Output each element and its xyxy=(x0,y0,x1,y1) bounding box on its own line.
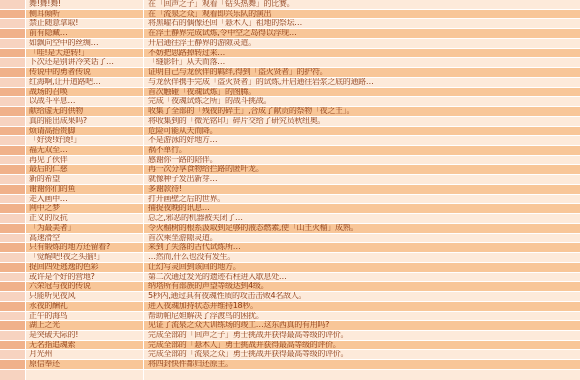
achievement-row: 如飘向空中的丝绸…开启通往浮土静界的游隙灵道。 xyxy=(0,39,580,49)
row-margin-cell[interactable] xyxy=(0,331,26,340)
row-margin-cell[interactable] xyxy=(0,234,26,243)
achievements-table: 舞!舞!舞!在「回声之子」观看「钻头热舞」的比赛。侧耳倾听在「流泉之众」观看即兴… xyxy=(0,0,580,380)
achievement-desc-cell[interactable] xyxy=(144,370,580,380)
achievement-name-cell[interactable]: 只有锻炼的地方还留着? xyxy=(26,243,144,252)
row-margin-cell[interactable] xyxy=(0,58,26,67)
achievement-row: 最后的仁慈再一次分享食物给拦路的匿叶龙。 xyxy=(0,165,580,175)
achievement-name-cell[interactable]: 六荣冠与夜的传说 xyxy=(26,282,144,291)
achievement-row: 红海啊,让开道路吧…与龙伙伴携手完成「盗火贤者」的试炼,开启通往岩浆之底的通路… xyxy=(0,78,580,88)
achievement-name-cell[interactable]: 新的希望 xyxy=(26,175,144,184)
row-margin-cell[interactable] xyxy=(0,185,26,194)
achievement-desc-cell[interactable]: 帮助帕尼妲解决了浮渡鸟的困扰。 xyxy=(144,312,580,321)
row-margin-cell[interactable] xyxy=(0,350,26,359)
achievement-desc-cell[interactable]: 感谢你一路的陪伴。 xyxy=(144,156,580,165)
achievement-name-cell[interactable]: 真的能出成果吗? xyxy=(26,117,144,126)
achievement-name-cell[interactable]: 献给虚无的供物 xyxy=(26,107,144,116)
row-margin-cell[interactable] xyxy=(0,321,26,330)
achievement-row: 福无双至…祸不单行。 xyxy=(0,146,580,156)
row-margin-cell[interactable] xyxy=(0,127,26,136)
achievement-row: 谢谢你们的鱼多谢款待! xyxy=(0,185,580,195)
row-margin-cell[interactable] xyxy=(0,175,26,184)
achievement-name-cell[interactable]: 走入画中… xyxy=(26,195,144,204)
achievement-name-cell[interactable]: 侧耳倾听 xyxy=(26,10,144,19)
achievement-row: 永夜的酬礼进入夜魂加持状态并维持18秒。 xyxy=(0,302,580,312)
achievement-name-cell[interactable]: 最后的仁慈 xyxy=(26,165,144,174)
achievement-desc-cell[interactable]: 不是游泳的好地方… xyxy=(144,136,580,145)
achievement-name-cell[interactable]: 谢谢你们的鱼 xyxy=(26,185,144,194)
achievement-desc-cell[interactable]: 纳塔所有部族的声望等级达到4级。 xyxy=(144,282,580,291)
achievement-row: 以战斗平息…完成「夜魂试炼之所」的战斗挑战。 xyxy=(0,97,580,107)
achievement-name-cell[interactable]: 原信奉还 xyxy=(26,360,144,369)
achievement-row: 「哇!是大逆转!」不妨把思路掉转过来… xyxy=(0,49,580,59)
achievement-row: 走入画中…打开画壁之后的世界。 xyxy=(0,195,580,205)
row-margin-cell[interactable] xyxy=(0,136,26,145)
achievement-desc-cell[interactable]: 收集了全部的「残夜的碎王」,合成了献贡的祭物「夜之王」。 xyxy=(144,107,580,116)
row-margin-cell[interactable] xyxy=(0,243,26,252)
row-margin-cell[interactable] xyxy=(0,282,26,291)
row-margin-cell[interactable] xyxy=(0,224,26,233)
achievement-name-cell[interactable]: 或许是个好的营地? xyxy=(26,273,144,282)
achievement-name-cell[interactable]: 下次还是别讲冷笑话了… xyxy=(26,58,144,67)
achievement-row: 高速滑空首次乘坐游隙灵道。 xyxy=(0,234,580,244)
achievement-row: 正义的反抗总之,邪恶的机器被关闭了… xyxy=(0,214,580,224)
achievement-desc-cell[interactable]: 令火榴树的根系汲取到足够的液态燃素,使「山王火榴」成熟。 xyxy=(144,224,580,233)
achievement-row: 真的能出成果吗?将收集到的「微光铭印」碎片交给了研究员秋纽奥。 xyxy=(0,117,580,127)
achievement-desc-cell[interactable]: 「缝影针」从天而落… xyxy=(144,58,580,67)
achievement-desc-cell[interactable]: 在「回声之子」观看「钻头热舞」的比赛。 xyxy=(144,0,580,9)
achievement-row: 六荣冠与夜的传说纳塔所有部族的声望等级达到4级。 xyxy=(0,282,580,292)
achievement-row: 原信奉还将四封快件都归还原主。 xyxy=(0,360,580,370)
achievement-desc-cell[interactable]: 来到了失落的古代试炼所… xyxy=(144,243,580,252)
achievement-desc-cell[interactable]: 不妨把思路掉转过来… xyxy=(144,49,580,58)
achievement-name-cell[interactable]: 无名指追魂索 xyxy=(26,341,144,350)
row-margin-cell[interactable] xyxy=(0,117,26,126)
row-margin-cell[interactable] xyxy=(0,312,26,321)
achievement-desc-cell[interactable]: 祸不单行。 xyxy=(144,146,580,155)
achievement-name-cell[interactable]: 战场的召唤 xyxy=(26,88,144,97)
row-margin-cell[interactable] xyxy=(0,360,26,369)
achievement-name-cell[interactable]: 捉回四处逃逸的色彩 xyxy=(26,263,144,272)
achievement-row: 湖上之光见证了流泉之众大训练场的竣工…这东西真的有用吗? xyxy=(0,321,580,331)
achievement-name-cell[interactable]: 再见了伙伴 xyxy=(26,156,144,165)
achievement-row: 只有锻炼的地方还留着?来到了失落的古代试炼所… xyxy=(0,243,580,253)
achievement-desc-cell[interactable]: 进入夜魂加持状态并维持18秒。 xyxy=(144,302,580,311)
achievement-desc-cell[interactable]: 捕捉夜晚的讯息… xyxy=(144,204,580,213)
achievement-row: 传说中的勇者传说证明自己与龙伙伴的羁绊,得到「盗火贤者」的护符。 xyxy=(0,68,580,78)
achievement-name-cell[interactable]: 传说中的勇者传说 xyxy=(26,68,144,77)
achievement-row: 「为最美者」令火榴树的根系汲取到足够的液态燃素,使「山王火榴」成熟。 xyxy=(0,224,580,234)
row-margin-cell[interactable] xyxy=(0,97,26,106)
achievement-desc-cell[interactable]: 完成全部的「悬木人」勇士挑战并获得最高等级的评价。 xyxy=(144,341,580,350)
row-margin-cell[interactable] xyxy=(0,341,26,350)
achievement-desc-cell[interactable]: 将黑曜石的偶像还回「悬木人」祖地的祭坛… xyxy=(144,19,580,28)
achievement-name-cell[interactable]: 「好烫!好烫!」 xyxy=(26,136,144,145)
achievement-row: 侧耳倾听在「流泉之众」观看即兴乐队的演出 xyxy=(0,10,580,20)
achievement-name-cell[interactable]: 月光州 xyxy=(26,350,144,359)
achievement-name-cell[interactable]: 「哇!是大逆转!」 xyxy=(26,49,144,58)
achievement-name-cell[interactable]: 永夜的酬礼 xyxy=(26,302,144,311)
achievement-desc-cell[interactable]: 完成全部的「流泉之众」勇士挑战并获得最高等级的评价。 xyxy=(144,350,580,359)
achievement-desc-cell[interactable]: 第二次通过发光的遗迹石柱进入歇息处… xyxy=(144,273,580,282)
row-margin-cell[interactable] xyxy=(0,107,26,116)
row-margin-cell[interactable] xyxy=(0,214,26,223)
achievement-row: 战场的召唤首次触碰「夜魂试炼」的图腾。 xyxy=(0,88,580,98)
empty-row xyxy=(0,370,580,380)
achievement-desc-cell[interactable]: 危险可能从天而降。 xyxy=(144,127,580,136)
achievement-row: 网中之梦捕捉夜晚的讯息… xyxy=(0,204,580,214)
achievement-desc-cell[interactable]: 让幻写灵回到该回的地方。 xyxy=(144,263,580,272)
row-margin-cell[interactable] xyxy=(0,78,26,87)
achievement-row: 是突破天际的!完成全部的「回声之子」勇士挑战并获得最高等级的评价。 xyxy=(0,331,580,341)
row-margin-cell[interactable] xyxy=(0,49,26,58)
achievement-name-cell[interactable]: 高速滑空 xyxy=(26,234,144,243)
achievement-desc-cell[interactable]: 总之,邪恶的机器被关闭了… xyxy=(144,214,580,223)
achievement-row: 献给虚无的供物收集了全部的「残夜的碎王」,合成了献贡的祭物「夜之王」。 xyxy=(0,107,580,117)
achievement-name-cell[interactable]: 湖上之光 xyxy=(26,321,144,330)
row-margin-cell[interactable] xyxy=(0,204,26,213)
row-margin-cell[interactable] xyxy=(0,68,26,77)
row-margin-cell[interactable] xyxy=(0,39,26,48)
achievement-desc-cell[interactable]: 与龙伙伴携手完成「盗火贤者」的试炼,开启通往岩浆之底的通路… xyxy=(144,78,580,87)
achievement-row: 再见了伙伴感谢你一路的陪伴。 xyxy=(0,156,580,166)
achievement-desc-cell[interactable]: …然而,什么也没有发生。 xyxy=(144,253,580,262)
row-margin-cell[interactable] xyxy=(0,88,26,97)
achievement-row: 「觉醒吧!夜之头脑!」…然而,什么也没有发生。 xyxy=(0,253,580,263)
row-margin-cell[interactable] xyxy=(0,273,26,282)
achievement-name-cell[interactable]: 前有隐藏… xyxy=(26,29,144,38)
achievement-desc-cell[interactable]: 在「流泉之众」观看即兴乐队的演出 xyxy=(144,10,580,19)
achievement-name-cell[interactable]: 福无双至… xyxy=(26,146,144,155)
achievement-desc-cell[interactable]: 首次乘坐游隙灵道。 xyxy=(144,234,580,243)
row-margin-cell[interactable] xyxy=(0,263,26,272)
achievement-desc-cell[interactable]: 完成全部的「回声之子」勇士挑战并获得最高等级的评价。 xyxy=(144,331,580,340)
achievement-desc-cell[interactable]: 首次触碰「夜魂试炼」的图腾。 xyxy=(144,88,580,97)
achievement-desc-cell[interactable]: 就像种子发出新芽… xyxy=(144,175,580,184)
achievement-desc-cell[interactable]: 见证了流泉之众大训练场的竣工…这东西真的有用吗? xyxy=(144,321,580,330)
row-margin-cell[interactable] xyxy=(0,29,26,38)
achievement-name-cell[interactable]: 正义的反抗 xyxy=(26,214,144,223)
achievement-row: 烦请高抬贵脚危险可能从天而降。 xyxy=(0,127,580,137)
achievement-name-cell[interactable]: 「觉醒吧!夜之头脑!」 xyxy=(26,253,144,262)
achievement-desc-cell[interactable]: 再一次分享食物给拦路的匿叶龙。 xyxy=(144,165,580,174)
row-margin-cell[interactable] xyxy=(0,253,26,262)
achievement-row: 正午的海鸟帮助帕尼妲解决了浮渡鸟的困扰。 xyxy=(0,312,580,322)
row-margin-cell[interactable] xyxy=(0,156,26,165)
achievement-name-cell[interactable]: 禁止随意拿取! xyxy=(26,19,144,28)
achievement-name-cell[interactable]: 网中之梦 xyxy=(26,204,144,213)
achievement-name-cell[interactable] xyxy=(26,370,144,380)
achievement-row: 前有隐藏…在浮土静界完成试炼,令中空之岛得以浮现… xyxy=(0,29,580,39)
achievement-row: 下次还是别讲冷笑话了…「缝影针」从天而落… xyxy=(0,58,580,68)
row-margin-cell[interactable] xyxy=(0,10,26,19)
achievement-name-cell[interactable]: 以战斗平息… xyxy=(26,97,144,106)
achievement-name-cell[interactable]: 只能听见夜风 xyxy=(26,292,144,301)
achievement-desc-cell[interactable]: 5秒内,通过具有夜魂性质的攻击击败4名敌人。 xyxy=(144,292,580,301)
row-margin-cell[interactable] xyxy=(0,195,26,204)
achievement-name-cell[interactable]: 舞!舞!舞! xyxy=(26,0,144,9)
achievement-row: 无名指追魂索完成全部的「悬木人」勇士挑战并获得最高等级的评价。 xyxy=(0,341,580,351)
row-margin-cell[interactable] xyxy=(0,0,26,9)
achievement-desc-cell[interactable]: 开启通往浮土静界的游隙灵道。 xyxy=(144,39,580,48)
achievement-name-cell[interactable]: 「为最美者」 xyxy=(26,224,144,233)
achievement-name-cell[interactable]: 烦请高抬贵脚 xyxy=(26,127,144,136)
row-margin-cell[interactable] xyxy=(0,146,26,155)
achievement-name-cell[interactable]: 红海啊,让开道路吧… xyxy=(26,78,144,87)
achievement-row: 只能听见夜风5秒内,通过具有夜魂性质的攻击击败4名敌人。 xyxy=(0,292,580,302)
row-margin-cell[interactable] xyxy=(0,165,26,174)
row-margin-cell[interactable] xyxy=(0,370,26,380)
achievement-row: 捉回四处逃逸的色彩让幻写灵回到该回的地方。 xyxy=(0,263,580,273)
achievement-row: 新的希望就像种子发出新芽… xyxy=(0,175,580,185)
achievement-row: 「好烫!好烫!」不是游泳的好地方… xyxy=(0,136,580,146)
achievement-row: 禁止随意拿取!将黑曜石的偶像还回「悬木人」祖地的祭坛… xyxy=(0,19,580,29)
row-margin-cell[interactable] xyxy=(0,302,26,311)
achievement-row: 月光州完成全部的「流泉之众」勇士挑战并获得最高等级的评价。 xyxy=(0,350,580,360)
achievement-desc-cell[interactable]: 完成「夜魂试炼之所」的战斗挑战。 xyxy=(144,97,580,106)
row-margin-cell[interactable] xyxy=(0,292,26,301)
achievement-name-cell[interactable]: 如飘向空中的丝绸… xyxy=(26,39,144,48)
achievement-desc-cell[interactable]: 多谢款待! xyxy=(144,185,580,194)
achievement-desc-cell[interactable]: 将四封快件都归还原主。 xyxy=(144,360,580,369)
achievement-name-cell[interactable]: 正午的海鸟 xyxy=(26,312,144,321)
achievement-desc-cell[interactable]: 在浮土静界完成试炼,令中空之岛得以浮现… xyxy=(144,29,580,38)
achievement-desc-cell[interactable]: 打开画壁之后的世界。 xyxy=(144,195,580,204)
row-margin-cell[interactable] xyxy=(0,19,26,28)
achievement-desc-cell[interactable]: 将收集到的「微光铭印」碎片交给了研究员秋纽奥。 xyxy=(144,117,580,126)
achievement-name-cell[interactable]: 是突破天际的! xyxy=(26,331,144,340)
achievement-desc-cell[interactable]: 证明自己与龙伙伴的羁绊,得到「盗火贤者」的护符。 xyxy=(144,68,580,77)
achievement-row: 舞!舞!舞!在「回声之子」观看「钻头热舞」的比赛。 xyxy=(0,0,580,10)
achievement-row: 或许是个好的营地?第二次通过发光的遗迹石柱进入歇息处… xyxy=(0,273,580,283)
